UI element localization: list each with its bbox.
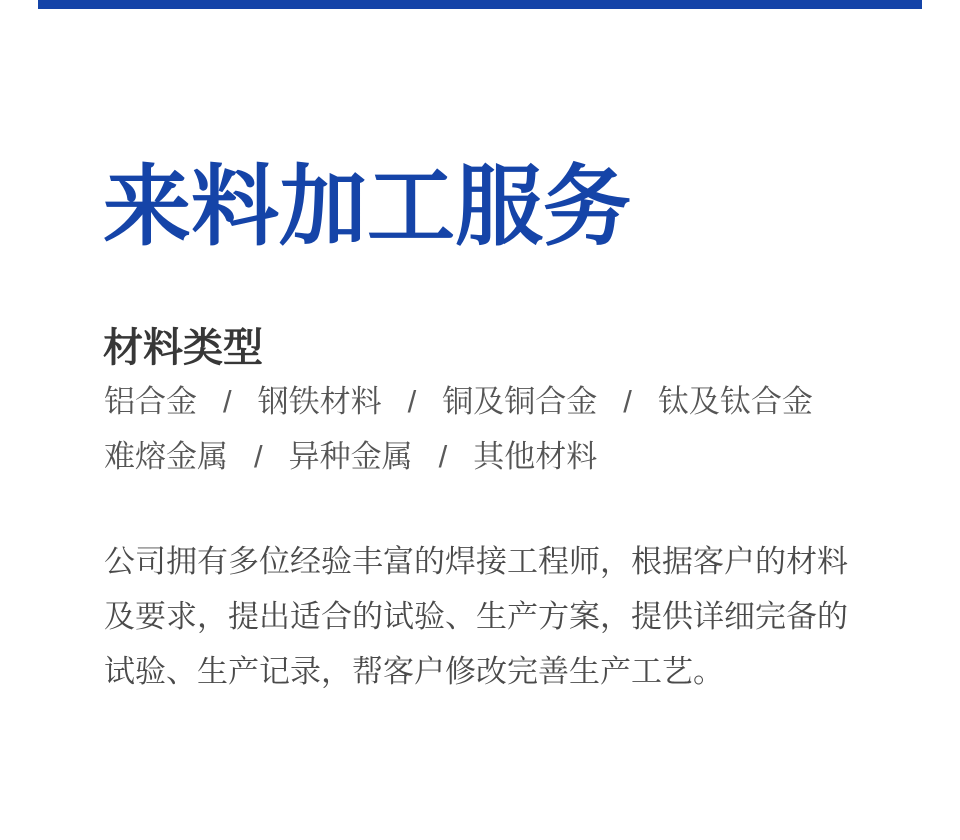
page-title: 来料加工服务 — [103, 159, 631, 256]
materials-list-row-1: 铝合金/钢铁材料/铜及铜合金/钛及钛合金 — [104, 384, 813, 420]
slash-separator: / — [223, 384, 232, 420]
material-item: 铝合金 — [104, 384, 197, 419]
material-item: 难熔金属 — [104, 439, 228, 474]
slash-separator: / — [439, 439, 448, 475]
service-description: 公司拥有多位经验丰富的焊接工程师，根据客户的材料 及要求，提出适合的试验、生产方… — [104, 534, 884, 699]
top-divider-bar — [38, 0, 922, 9]
description-line: 公司拥有多位经验丰富的焊接工程师，根据客户的材料 — [104, 534, 884, 589]
slash-separator: / — [408, 384, 417, 420]
description-line: 及要求，提出适合的试验、生产方案，提供详细完备的 — [104, 589, 884, 644]
material-item: 异种金属 — [289, 439, 413, 474]
material-item: 其他材料 — [473, 439, 597, 474]
description-line: 试验、生产记录，帮客户修改完善生产工艺。 — [104, 644, 884, 699]
slash-separator: / — [623, 384, 632, 420]
material-item: 钢铁材料 — [258, 384, 382, 419]
materials-section-heading: 材料类型 — [103, 324, 263, 372]
material-item: 钛及钛合金 — [658, 384, 813, 419]
materials-list-row-2: 难熔金属/异种金属/其他材料 — [104, 439, 597, 475]
material-item: 铜及铜合金 — [442, 384, 597, 419]
slash-separator: / — [254, 439, 263, 475]
